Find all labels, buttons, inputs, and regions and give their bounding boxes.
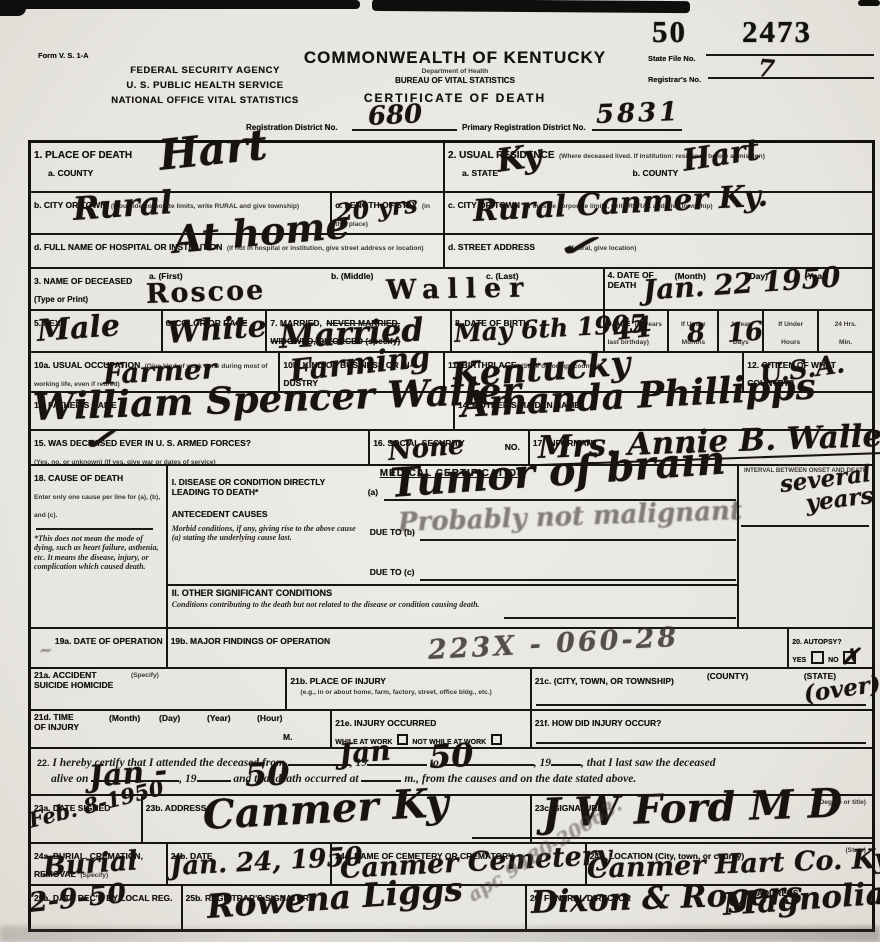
hw-death-city: Rural	[72, 186, 174, 225]
hw-date-of-death: Jan. 22 1950	[642, 263, 841, 305]
autopsy-no-checkbox: ✗	[843, 651, 856, 664]
other-conditions-note: Conditions contributing to the death but…	[172, 600, 502, 609]
age-col-under24: If Under	[778, 321, 803, 328]
field-place-of-injury: 21b. PLACE OF INJURY (e.g., in or about …	[285, 669, 529, 709]
county-label: a. COUNTY	[48, 168, 93, 178]
state-file-line	[706, 53, 874, 56]
deceased-title-note: (Type or Print)	[34, 295, 88, 304]
street-label: d. STREET ADDRESS	[448, 242, 535, 252]
how-injury-line	[536, 741, 866, 744]
scan-artifact-corner	[0, 0, 26, 16]
stamp-number-left: 50	[652, 14, 687, 50]
hw-sex: Male	[36, 311, 121, 347]
injury-m-label: M.	[283, 733, 292, 743]
injury-place-label: 21b. PLACE OF INJURY	[290, 676, 386, 686]
field-name-of-deceased: 3. NAME OF DECEASED (Type or Print) a. (…	[31, 269, 603, 309]
signature-stroke	[472, 836, 872, 839]
field-father-name: 13. FATHER'S NAME William Spencer Waller	[31, 393, 453, 429]
field-injury-city: 21c. (CITY, TOWN, OR TOWNSHIP) (COUNTY) …	[530, 669, 872, 709]
accident-label: 21a. ACCIDENT SUICIDE HOMICIDE	[34, 671, 124, 690]
field-hospital: d. FULL NAME OF HOSPITAL OR INSTITUTION …	[31, 235, 443, 267]
armed-forces-label: 15. WAS DECEASED EVER IN U. S. ARMED FOR…	[34, 438, 251, 448]
hw-age-days: 16	[726, 319, 764, 347]
hw-cause-b: Probably not malignant	[397, 498, 742, 536]
hw-operation-date: ~	[38, 642, 53, 659]
autopsy-yes-label: YES	[792, 657, 806, 664]
field-major-findings: 19b. MAJOR FINDINGS OF OPERATION 223X - …	[166, 629, 788, 667]
hw-armed-forces-check: ✓	[76, 426, 121, 455]
middle-name-label: b. (Middle)	[331, 272, 374, 282]
interval-line	[741, 524, 869, 527]
hw-primary-district: 5831	[596, 99, 681, 128]
field-sex: 5. SEX Male	[31, 311, 161, 351]
field-age-hours: If Under Hours	[762, 311, 817, 351]
cause-note1: Enter only one cause per line for (a), (…	[34, 494, 160, 519]
statement-blank7	[361, 769, 401, 782]
hw-findings: 223X - 060-28	[427, 624, 680, 664]
hw-place-county: Hart	[157, 124, 269, 177]
field-date-of-death: 4. DATE OF DEATH (Month) (Day) (Year) Ja…	[603, 269, 872, 309]
field-armed-forces: 15. WAS DECEASED EVER IN U. S. ARMED FOR…	[31, 431, 368, 464]
hw-first-name: Roscoe	[146, 277, 266, 308]
certificate-form: 1. PLACE OF DEATH a. COUNTY Hart 2. USUA…	[28, 140, 875, 932]
injury-not-at-work-checkbox	[491, 734, 502, 745]
certificate-title: CERTIFICATE OF DEATH	[270, 92, 640, 105]
hw-registrar-no: 7	[757, 56, 775, 81]
injury-at-work-checkbox	[397, 734, 408, 745]
page-title: COMMONWEALTH OF KENTUCKY	[270, 48, 640, 67]
field-date-received: 25a. DATE REC'D BY LOCAL REG. 2-9-50	[31, 886, 181, 929]
field-funeral-director: 26. FUNERAL DIRECTOR ADDRESS Dixon & Rog…	[525, 886, 872, 929]
autopsy-yes-checkbox	[811, 651, 824, 664]
hw-date-received: 2-9-50	[28, 880, 128, 917]
cause-c-line	[420, 578, 736, 581]
injury-month-label: (Month)	[109, 714, 140, 724]
hw-age-months: 8	[687, 320, 707, 347]
cause-label: 18. CAUSE OF DEATH	[34, 473, 123, 483]
field-age-months: If Under Months 8	[667, 311, 717, 351]
hw-alive-year: 50	[244, 757, 290, 791]
bureau-line: BUREAU OF VITAL STATISTICS	[270, 77, 640, 86]
operation-date-label: 19a. DATE OF OPERA­TION	[55, 636, 163, 646]
injury-city-label: 21c. (CITY, TOWN, OR TOWNSHIP)	[535, 676, 674, 686]
age-col-min: Min.	[839, 339, 852, 346]
cause-c-label: DUE TO (c)	[370, 568, 415, 578]
field-race: 6. COLOR OR RACE White	[161, 311, 266, 351]
age-col-hours: Hours	[781, 339, 800, 346]
residence-state-label: a. STATE	[462, 168, 498, 178]
statement-t4: , 19	[534, 757, 551, 769]
field-accident-type: 21a. ACCIDENT SUICIDE HOMICIDE (Specify)	[31, 669, 285, 709]
field-date-of-operation: 19a. DATE OF OPERA­TION ~	[31, 629, 166, 667]
hw-reg-district: 680	[367, 101, 423, 130]
field-burial-type: 24a. BURIAL, CREMA­TION, REMOVAL (Specif…	[31, 844, 166, 884]
state-file-label: State File No.	[648, 55, 696, 63]
field-residence-city: c. CITY OR TOWN (If outside corporate li…	[443, 193, 872, 233]
hw-last-name: Waller	[386, 274, 532, 304]
hw-physician-address: Canmer Ky	[202, 783, 450, 836]
field-age-days: 1 Year Days 16	[717, 311, 762, 351]
deceased-title: 3. NAME OF DECEASED	[34, 276, 132, 286]
statement-t6: alive on	[51, 773, 88, 785]
hw-attended-from-year: 50	[428, 739, 474, 773]
hw-attended-from-month: Jan	[338, 737, 392, 769]
statement-t5: , that I last saw the deceased	[581, 757, 716, 769]
antecedent-label: ANTECEDENT CAUSES	[172, 510, 268, 520]
place-of-death-title: 1. PLACE OF DEATH	[34, 150, 132, 161]
field-autopsy: 20. AUTOPSY? YES NO ✗	[787, 629, 872, 667]
statement-blank6	[197, 769, 231, 782]
scan-artifact-bar-right	[858, 0, 880, 6]
injury-hour-label: (Hour)	[257, 714, 283, 724]
age-col-24hrs: 24 Hrs.	[835, 321, 857, 328]
cause-b-line	[420, 538, 736, 541]
statement-blank4	[551, 753, 581, 766]
disease-label: I. DISEASE OR CONDITION DIRECTLY LEADING…	[172, 478, 362, 497]
hw-residence-county: Hart	[681, 135, 762, 177]
field-interval: INTERVAL BETWEEN ONSET AND DEATH several…	[737, 466, 872, 627]
primary-district-label: Primary Registration District No.	[462, 124, 586, 133]
autopsy-no-label: NO	[828, 657, 839, 664]
field-burial-date: 24b. DATE Jan. 24, 1950	[166, 844, 331, 884]
hw-street-check: ✓	[550, 233, 604, 261]
stamp-number-right: 2473	[742, 14, 812, 50]
scan-artifact-bar-left	[0, 0, 360, 9]
other-conditions-line	[504, 616, 736, 619]
form-number: Form V. S. 1-A	[38, 52, 89, 60]
injury-year-label: (Year)	[207, 714, 231, 724]
injury-county-label: (COUNTY)	[707, 672, 749, 682]
physician-address-label: 23b. ADDRESS	[146, 803, 207, 813]
field-cause-of-death-label: 18. CAUSE OF DEATH Enter only one cause …	[31, 466, 166, 627]
scan-smudge-bottom	[0, 926, 880, 942]
how-injury-label: 21f. HOW DID INJURY OCCUR?	[535, 718, 662, 728]
field-place-of-death-county: 1. PLACE OF DEATH a. COUNTY Hart	[31, 143, 443, 191]
hw-age: 44	[611, 313, 653, 345]
hw-burial: Burial	[42, 847, 138, 881]
field-age-min: 24 Hrs. Min.	[817, 311, 872, 351]
cause-note2: *This does not mean the mode of dying, s…	[34, 534, 163, 572]
statement-number: 22.	[37, 758, 50, 768]
injury-time-label: 21d. TIME OF INJURY	[34, 713, 86, 732]
residence-county-label: b. COUNTY	[633, 168, 679, 178]
hw-funeral-address: Magnolia	[722, 879, 880, 921]
cause-a-label: (a)	[368, 488, 378, 498]
field-time-of-injury: 21d. TIME OF INJURY (Month) (Day) (Year)…	[31, 711, 330, 747]
scan-artifact-bar-mid	[372, 0, 690, 13]
field-how-injury-occurred: 21f. HOW DID INJURY OCCUR?	[530, 711, 872, 747]
hw-autopsy-no-mark: ✗	[841, 646, 859, 668]
death-certificate-scan: Form V. S. 1-A FEDERAL SECURITY AGENCY U…	[0, 0, 880, 942]
injury-day-label: (Day)	[159, 714, 180, 724]
accident-note: (Specify)	[131, 672, 159, 679]
hw-residence-state: Ky	[495, 139, 544, 177]
registrar-no-label: Registrar's No.	[648, 76, 701, 84]
dept-line: Department of Health	[270, 68, 640, 75]
field-date-of-birth: 8. DATE OF BIRTH May 6th 1905	[450, 311, 603, 351]
other-conditions-label: II. OTHER SIGNIFICANT CONDITIONS	[172, 588, 333, 598]
injury-place-note: (e.g., in or about home, farm, factory, …	[300, 689, 526, 696]
hw-race: White	[166, 312, 268, 349]
antecedent-note: Morbid conditions, if any, giving rise t…	[172, 524, 362, 543]
field-date-signed: 23a. DATE SIGNED Feb. 8-1950	[31, 796, 141, 842]
autopsy-label: 20. AUTOPSY?	[792, 639, 841, 646]
injury-occurred-label: 21e. INJURY OCCURRED	[335, 718, 436, 728]
statement-t7: , 19	[179, 773, 196, 785]
field-medical-certification: MEDICAL CERTIFICATION I. DISEASE OR COND…	[166, 466, 738, 627]
registrar-no-line	[708, 76, 874, 79]
findings-label: 19b. MAJOR FINDINGS OF OPERATION	[171, 636, 330, 646]
